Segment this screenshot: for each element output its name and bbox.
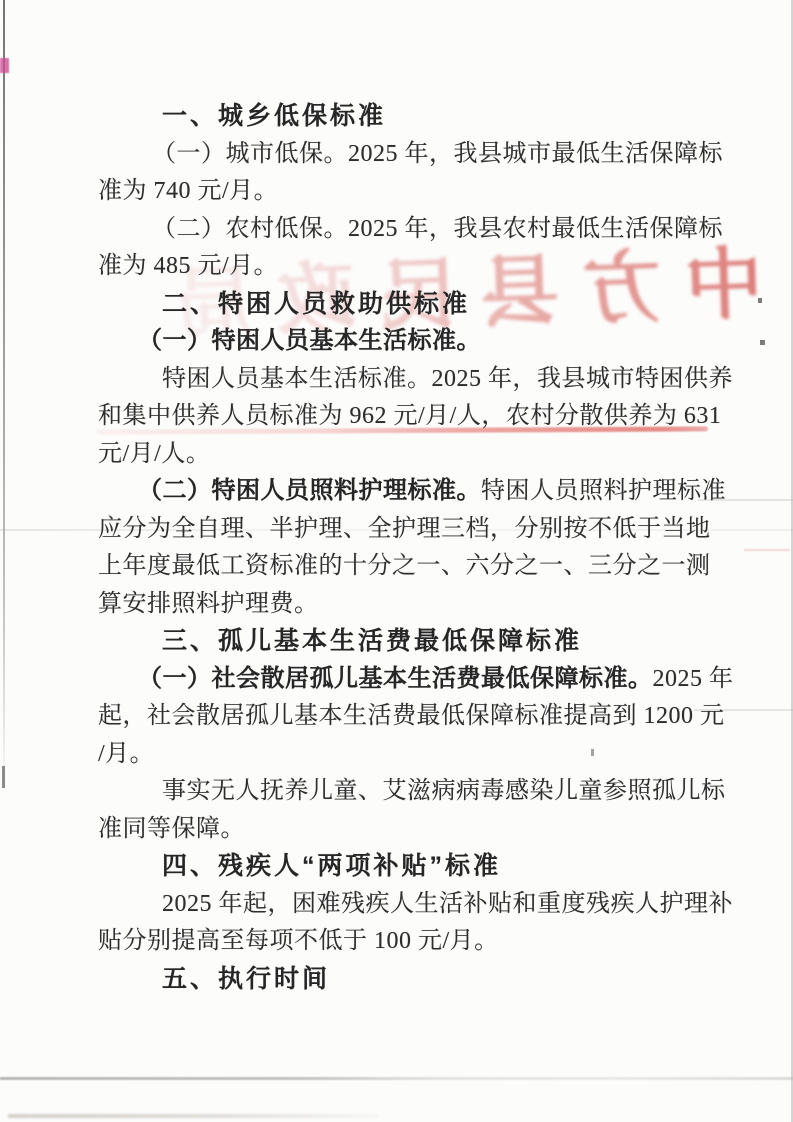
scan-artifact-bottom-line (0, 1077, 793, 1080)
para-disability-cont: 贴分别提高至每项不低于 100 元/月。 (98, 923, 723, 961)
para-care-cont1: 应分为全自理、半护理、全护理三档，分别按不低于当地 (98, 511, 723, 549)
scan-speck-2 (760, 340, 765, 345)
subheading-3-1-rest: 2025 年 (653, 666, 734, 692)
scan-artifact-bottom-smudge (8, 1114, 378, 1118)
para-orphan-cont2: /月。 (98, 736, 723, 774)
para-urban-dibao-cont: 准为 740 元/月。 (98, 173, 723, 211)
heading-section-2: 二、特困人员救助供标准 (98, 286, 723, 324)
scan-artifact-left-vertical-line (3, 0, 5, 798)
para-tekun-basic-cont2: 元/月/人。 (98, 436, 723, 474)
scanned-document-page: 中方县民政局 一、城乡低保标准 （一）城市低保。2025 年，我县城市最低生活保… (0, 0, 793, 1122)
para-rural-dibao: （二）农村低保。2025 年，我县农村最低生活保障标 (98, 211, 723, 249)
subheading-2-2-rest: 特困人员照料护理标准 (481, 478, 726, 504)
scan-artifact-pink-dash (0, 58, 9, 73)
heading-section-5: 五、执行时间 (98, 961, 723, 999)
scan-artifact-pink-stub (744, 549, 790, 551)
subheading-3-1: （一）社会散居孤儿基本生活费最低保障标准。2025 年 (98, 661, 723, 699)
para-care-cont3: 算安排照料护理费。 (98, 586, 723, 624)
para-rural-dibao-cont: 准为 485 元/月。 (98, 248, 723, 286)
subheading-2-1: （一）特困人员基本生活标准。 (98, 323, 723, 361)
para-orphan-cont1: 起，社会散居孤儿基本生活费最低保障标准提高到 1200 元 (98, 698, 723, 736)
para-defacto-orphan: 事实无人抚养儿童、艾滋病病毒感染儿童参照孤儿标 (98, 773, 723, 811)
subheading-3-1-bold: （一）社会散居孤儿基本生活费最低保障标准。 (138, 666, 653, 692)
subheading-2-2: （二）特困人员照料护理标准。特困人员照料护理标准 (98, 473, 723, 511)
para-urban-dibao: （一）城市低保。2025 年，我县城市最低生活保障标 (98, 136, 723, 174)
scan-artifact-left-tick (2, 766, 5, 788)
para-tekun-basic-cont1: 和集中供养人员标准为 962 元/月/人，农村分散供养为 631 (98, 398, 723, 436)
document-body: 一、城乡低保标准 （一）城市低保。2025 年，我县城市最低生活保障标 准为 7… (98, 98, 723, 998)
para-defacto-cont: 准同等保障。 (98, 811, 723, 849)
heading-section-4: 四、残疾人“两项补贴”标准 (98, 848, 723, 886)
subheading-2-2-bold: （二）特困人员照料护理标准。 (138, 478, 481, 504)
heading-section-3: 三、孤儿基本生活费最低保障标准 (98, 623, 723, 661)
para-tekun-basic: 特困人员基本生活标准。2025 年，我县城市特困供养 (98, 361, 723, 399)
para-care-cont2: 上年度最低工资标准的十分之一、六分之一、三分之一测 (98, 548, 723, 586)
para-disability: 2025 年起，困难残疾人生活补贴和重度残疾人护理补 (98, 886, 723, 924)
heading-section-1: 一、城乡低保标准 (98, 98, 723, 136)
scan-speck-1 (758, 298, 762, 303)
